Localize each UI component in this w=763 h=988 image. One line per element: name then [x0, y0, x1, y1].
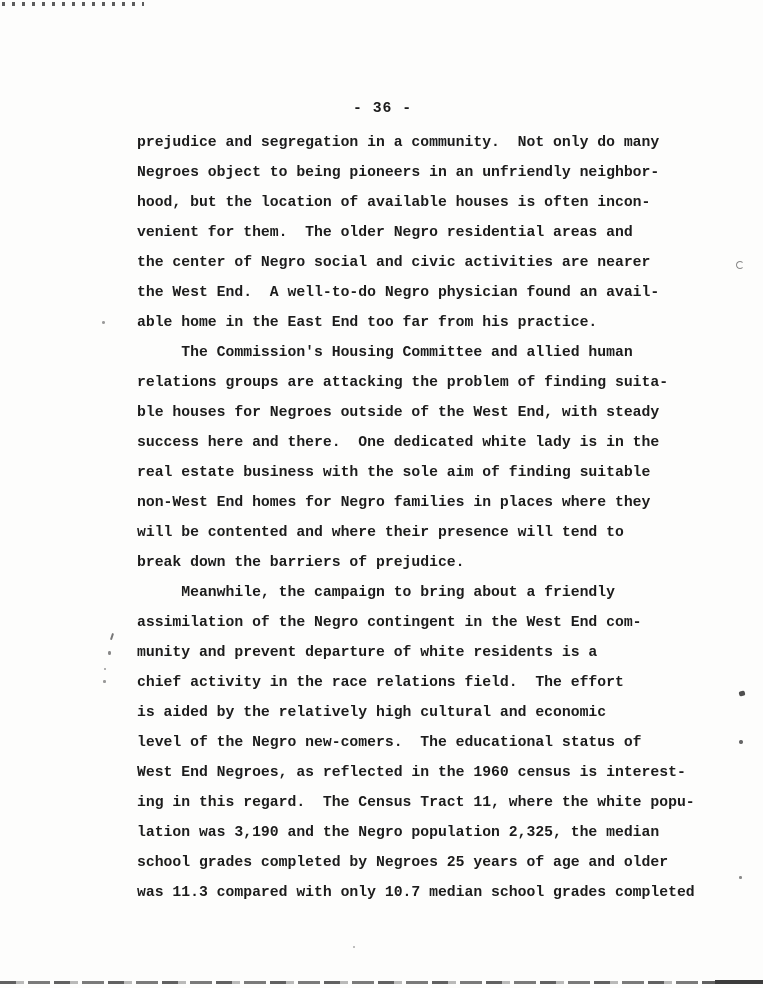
- document-page: - 36 - prejudice and segregation in a co…: [0, 0, 763, 988]
- text-line: venient for them. The older Negro reside…: [137, 218, 747, 248]
- scan-mark: [108, 651, 111, 655]
- page-number: - 36 -: [353, 101, 412, 117]
- scan-mark: [102, 321, 105, 324]
- scan-mark: [739, 876, 742, 879]
- text-line: chief activity in the race relations fie…: [137, 668, 747, 698]
- text-line: relations groups are attacking the probl…: [137, 368, 747, 398]
- text-line: assimilation of the Negro contingent in …: [137, 608, 747, 638]
- scan-perforation-dots: [2, 2, 144, 6]
- text-line: prejudice and segregation in a community…: [137, 128, 747, 158]
- text-line: able home in the East End too far from h…: [137, 308, 747, 338]
- document-body: prejudice and segregation in a community…: [137, 128, 747, 908]
- text-line: real estate business with the sole aim o…: [137, 458, 747, 488]
- scan-mark: [104, 668, 106, 670]
- scan-mark: [736, 261, 744, 269]
- text-line: non-West End homes for Negro families in…: [137, 488, 747, 518]
- text-line: ble houses for Negroes outside of the We…: [137, 398, 747, 428]
- scan-mark: [353, 946, 355, 948]
- text-line: The Commission's Housing Committee and a…: [137, 338, 747, 368]
- scan-mark: [110, 633, 114, 640]
- text-line: West End Negroes, as reflected in the 19…: [137, 758, 747, 788]
- text-line: the West End. A well-to-do Negro physici…: [137, 278, 747, 308]
- text-line: is aided by the relatively high cultural…: [137, 698, 747, 728]
- text-line: hood, but the location of available hous…: [137, 188, 747, 218]
- text-line: the center of Negro social and civic act…: [137, 248, 747, 278]
- text-line: munity and prevent departure of white re…: [137, 638, 747, 668]
- scan-mark: [739, 740, 743, 744]
- text-line: break down the barriers of prejudice.: [137, 548, 747, 578]
- scan-edge-bottom: [0, 981, 763, 984]
- text-line: ing in this regard. The Census Tract 11,…: [137, 788, 747, 818]
- text-line: was 11.3 compared with only 10.7 median …: [137, 878, 747, 908]
- scan-mark: [103, 680, 106, 683]
- text-line: success here and there. One dedicated wh…: [137, 428, 747, 458]
- text-line: Meanwhile, the campaign to bring about a…: [137, 578, 747, 608]
- text-line: school grades completed by Negroes 25 ye…: [137, 848, 747, 878]
- text-line: level of the Negro new-comers. The educa…: [137, 728, 747, 758]
- text-line: Negroes object to being pioneers in an u…: [137, 158, 747, 188]
- text-line: lation was 3,190 and the Negro populatio…: [137, 818, 747, 848]
- text-line: will be contented and where their presen…: [137, 518, 747, 548]
